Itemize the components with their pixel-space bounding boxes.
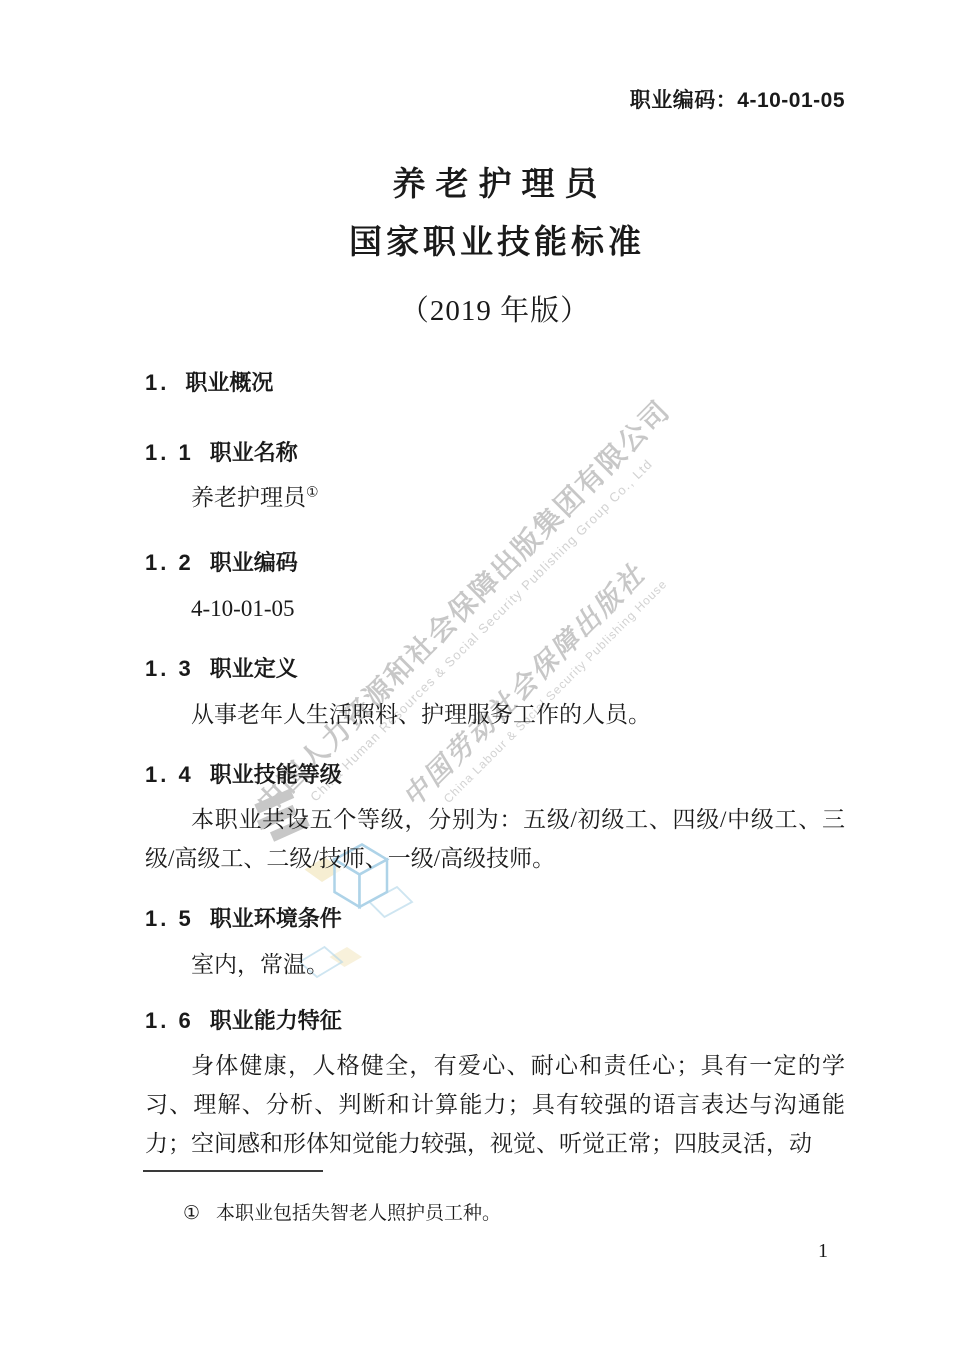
paragraph-ability-traits: 身体健康，人格健全，有爱心、耐心和责任心；具有一定的学习、理解、分析、判断和计算… [145,1046,845,1163]
section-title: 职业技能等级 [210,762,342,787]
section-title: 职业能力特征 [210,1008,342,1033]
paragraph-skill-levels: 本职业共设五个等级，分别为：五级/初级工、四级/中级工、三级/高级工、二级/技师… [145,800,845,878]
document-title-line1: 养老护理员 [145,158,845,205]
section-number: 1. 4 [145,762,194,787]
section-number: 1. 1 [145,440,194,465]
section-heading-1-6: 1. 6职业能力特征 [145,1004,855,1035]
section-number: 1. 3 [145,656,194,681]
section-title: 职业名称 [210,440,298,465]
paragraph-occupation-name: 养老护理员① [145,478,845,517]
section-number: 1. 2 [145,550,194,575]
section-heading-1-4: 1. 4职业技能等级 [145,758,855,789]
section-heading-1-2: 1. 2职业编码 [145,546,855,577]
section-number: 1. 5 [145,906,194,931]
section-title: 职业环境条件 [210,906,342,931]
document-page: 中国人力资源和社会保障出版集团有限公司 China Human Resource… [0,0,970,1361]
paragraph-occupation-code: 4-10-01-05 [145,589,845,628]
section-title: 职业定义 [210,656,298,681]
document-edition: （2019 年版） [145,288,845,329]
paragraph-occupation-definition: 从事老年人生活照料、护理服务工作的人员。 [145,695,845,734]
section-title: 职业编码 [210,550,298,575]
section-number: 1. 6 [145,1008,194,1033]
document-title-line2: 国家职业技能标准 [145,216,845,263]
paragraph-environment: 室内，常温。 [145,945,845,984]
section-heading-1: 1.职业概况 [145,366,855,397]
page-number: 1 [818,1240,828,1263]
footnote-marker: ① [183,1203,200,1224]
footnote-divider [143,1170,323,1172]
section-heading-1-3: 1. 3职业定义 [145,652,855,683]
footnote: ①本职业包括失智老人照护员工种。 [183,1198,823,1225]
section-heading-1-5: 1. 5职业环境条件 [145,902,855,933]
footnote-text: 本职业包括失智老人照护员工种。 [216,1203,501,1224]
section-heading-1-1: 1. 1职业名称 [145,436,855,467]
footnote-reference-mark: ① [306,485,319,500]
section-number: 1. [145,370,169,395]
document-content: 职业编码：4-10-01-05 养老护理员 国家职业技能标准 （2019 年版）… [0,0,970,1361]
occupation-code-header: 职业编码：4-10-01-05 [630,84,845,114]
section-title: 职业概况 [185,370,273,395]
